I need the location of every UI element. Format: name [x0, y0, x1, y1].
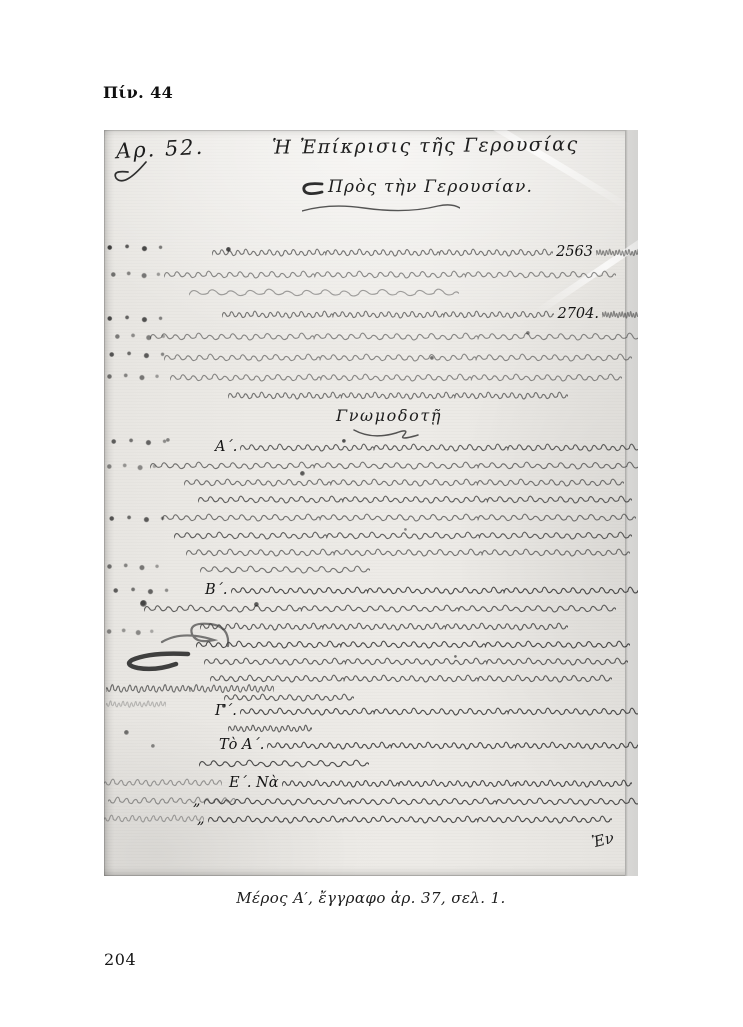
handwriting-scribble [228, 722, 312, 735]
ink-blot [454, 655, 457, 658]
ink-blot [526, 331, 530, 335]
handwriting-scribble [199, 757, 369, 770]
ink-blot [222, 704, 226, 708]
ink-blot [140, 600, 147, 607]
paragraph-mark: Β΄. [202, 583, 231, 598]
document-title: Ἡ Ἐπίκρισις τῆς Γερουσίας [272, 133, 579, 158]
handwriting-line: Τὸ Α΄. [216, 738, 638, 753]
handwriting-line [162, 510, 636, 525]
handwriting-line [144, 601, 616, 616]
handwriting-line [200, 619, 568, 634]
handwriting-line [198, 492, 632, 507]
handwriting-line: Β΄. [202, 583, 638, 598]
ink-blot-cluster [106, 313, 168, 324]
handwriting-line: 2704. [222, 307, 638, 322]
handwriting-scribble [200, 620, 568, 633]
ink-blot-cluster [106, 242, 168, 253]
handwriting-scribble [164, 351, 632, 364]
handwriting-scribble [267, 739, 638, 752]
handwriting-scribble [196, 638, 630, 651]
catchword: Ἐν [590, 829, 616, 852]
handwriting-scribble [186, 546, 630, 559]
ink-blot-cluster [106, 371, 164, 382]
handwriting-scribble [144, 602, 616, 615]
handwriting-scribble [231, 584, 638, 597]
handwriting-scribble [212, 246, 553, 259]
handwriting-line [199, 756, 369, 771]
document-number: Αρ. 52. [115, 135, 204, 164]
handwriting-scribble [228, 389, 568, 402]
manuscript-scan: Αρ. 52. Ἡ Ἐπίκρισις τῆς Γερουσίας Πρὸς τ… [104, 130, 638, 876]
ink-flourish [106, 698, 166, 710]
ink-blot-cluster [106, 626, 158, 637]
plate-label: Πίν. 44 [103, 83, 173, 102]
handwriting-scribble [208, 813, 612, 826]
handwriting-line [174, 528, 632, 543]
handwriting-line [200, 562, 370, 577]
page-number: 204 [104, 950, 136, 969]
handwriting-scribble [282, 777, 632, 790]
ink-flourish [104, 812, 204, 825]
handwriting-line: „ [194, 812, 612, 827]
ink-blot-cluster [108, 349, 170, 360]
ink-blot [166, 438, 170, 442]
ink-blot [226, 247, 231, 252]
ink-flourish [298, 180, 326, 198]
handwriting-line [204, 654, 628, 669]
ink-flourish [106, 681, 274, 696]
ink-blot [124, 730, 129, 735]
ink-blot [430, 356, 434, 360]
ink-flourish [104, 776, 222, 789]
handwriting-line: 2563 [212, 245, 638, 260]
ink-blot [300, 471, 305, 476]
figure-caption: Μέρος Α′, ἔγγραφο ἀρ. 37, σελ. 1. [104, 889, 638, 907]
protocol-number: 2563 [553, 245, 596, 260]
paper-crease [532, 214, 638, 318]
paragraph-mark: Τὸ Α΄. [216, 738, 267, 753]
handwriting-scribble [150, 459, 638, 472]
ink-blot [404, 528, 407, 531]
paragraph-mark: Ε΄. Νὰ [226, 776, 282, 791]
ink-blot-cluster [110, 436, 172, 447]
handwriting-scribble [204, 795, 638, 808]
handwriting-scribble [240, 441, 638, 454]
handwriting-line: Ε΄. Νὰ [226, 776, 632, 791]
protocol-number: 2704. [554, 307, 602, 322]
ink-flourish [158, 620, 232, 650]
ink-blot-cluster [112, 585, 174, 596]
handwriting-scribble [189, 286, 459, 299]
document-subtitle: Πρὸς τὴν Γερουσίαν. [328, 177, 533, 197]
handwriting-line [228, 388, 568, 403]
ink-blot-cluster [106, 461, 161, 472]
handwriting-scribble [200, 563, 370, 576]
ink-flourish [302, 201, 460, 215]
ink-blot-cluster [110, 269, 165, 280]
handwriting-scribble [170, 371, 622, 384]
handwriting-scribble [240, 705, 638, 718]
handwriting-line [189, 285, 459, 300]
ink-blot [342, 439, 346, 443]
handwriting-line [196, 637, 630, 652]
handwriting-line [164, 350, 632, 365]
handwriting-scribble [162, 511, 636, 524]
handwriting-scribble [222, 308, 554, 321]
handwriting-line: Α΄. [212, 440, 638, 455]
ink-flourish [112, 160, 152, 190]
handwriting-line [164, 267, 616, 282]
ink-blot [254, 602, 259, 607]
handwriting-scribble [602, 308, 638, 321]
handwriting-scribble [150, 330, 638, 343]
ink-blot [151, 744, 155, 748]
handwriting-line [170, 370, 622, 385]
paragraph-mark: Α΄. [212, 440, 240, 455]
handwriting-scribble [198, 493, 632, 506]
handwriting-scribble [596, 246, 638, 259]
ink-flourish [122, 650, 192, 672]
section-heading: Γνωμοδοτῇ [336, 406, 442, 425]
handwriting-line [228, 721, 312, 736]
handwriting-scribble [184, 476, 624, 489]
handwriting-scribble [164, 268, 616, 281]
ink-blot-cluster [114, 331, 170, 342]
handwriting-scribble [204, 655, 628, 668]
handwriting-line: Γ΄. [212, 704, 638, 719]
handwriting-line: „ [190, 794, 638, 809]
handwriting-scribble [174, 529, 632, 542]
handwriting-line [186, 545, 630, 560]
ink-blot-cluster [106, 561, 164, 572]
ink-blot-cluster [108, 513, 170, 524]
handwriting-line [150, 458, 638, 473]
ink-flourish [108, 794, 236, 807]
handwriting-line [150, 329, 638, 344]
handwriting-line [184, 475, 624, 490]
